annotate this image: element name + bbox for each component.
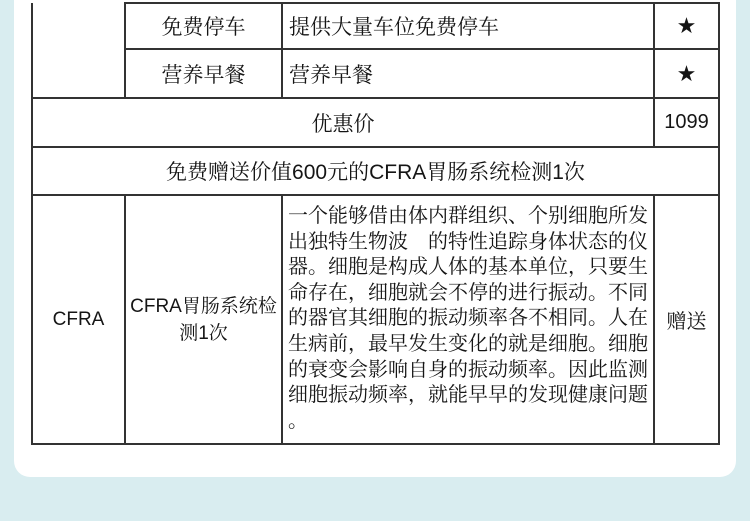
discount-price-label: 优惠价 <box>32 98 654 147</box>
feature-detail-cell: 提供大量车位免费停车 <box>282 3 654 49</box>
table-row: 免费停车 提供大量车位免费停车 ★ <box>32 3 719 49</box>
merged-category-cell <box>32 3 125 98</box>
table-row: 营养早餐 营养早餐 ★ <box>32 49 719 98</box>
cfra-item-cell: CFRA胃肠系统检 测1次 <box>125 195 282 444</box>
page-background: { "page": { "background_color": "#d9edf0… <box>0 0 750 521</box>
star-icon: ★ <box>654 3 719 49</box>
gift-badge: 赠送 <box>654 195 719 444</box>
feature-detail-cell: 营养早餐 <box>282 49 654 98</box>
cfra-brand-cell: CFRA <box>32 195 125 444</box>
feature-name-cell: 营养早餐 <box>125 49 282 98</box>
gift-row: 免费赠送价值600元的CFRA胃肠系统检测1次 <box>32 147 719 195</box>
cfra-description: 一个能够借由体内群组织、个别细胞所发 出独特生物波 的特性追踪身体状态的仪 器。… <box>282 195 654 444</box>
price-row: 优惠价 1099 <box>32 98 719 147</box>
star-icon: ★ <box>654 49 719 98</box>
pricing-table: 免费停车 提供大量车位免费停车 ★ 营养早餐 营养早餐 ★ 优惠价 1099 免… <box>31 2 720 445</box>
gift-note: 免费赠送价值600元的CFRA胃肠系统检测1次 <box>32 147 719 195</box>
feature-name-cell: 免费停车 <box>125 3 282 49</box>
cfra-row: CFRA CFRA胃肠系统检 测1次 一个能够借由体内群组织、个别细胞所发 出独… <box>32 195 719 444</box>
discount-price-value: 1099 <box>654 98 719 147</box>
